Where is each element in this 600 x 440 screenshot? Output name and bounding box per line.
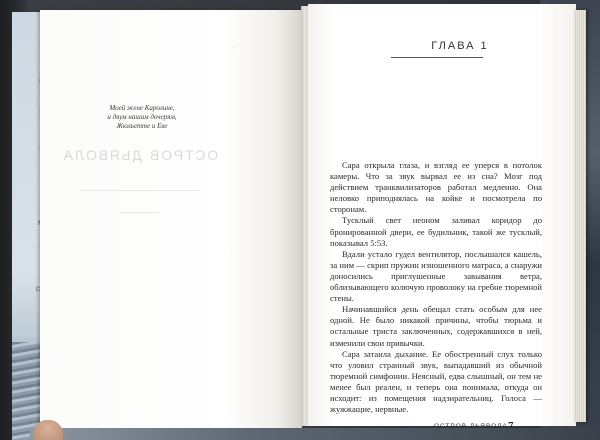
bleed-through-title: ОСТРОВ ДЬЯВОЛА: [50, 147, 230, 163]
bleed-through-rule: [80, 190, 200, 191]
bottom-cover-edge: [30, 428, 600, 440]
left-page: [40, 10, 302, 428]
thumb: [33, 420, 63, 440]
bleed-through-mark: ◦: [233, 42, 236, 52]
chapter-body: Сара открыла глаза, и взгляд ее уперся в…: [330, 160, 542, 415]
dedication-line: и двум нашим дочерям,: [82, 113, 202, 122]
dedication-line: Моей жене Каролине,: [82, 104, 202, 113]
paragraph: Сара затаила дыхание. Ее обостренный слу…: [330, 349, 542, 416]
bleed-through-rule: [120, 212, 160, 213]
paragraph: Сара открыла глаза, и взгляд ее уперся в…: [330, 160, 542, 215]
dedication-line: Жюльетте и Еве: [82, 122, 202, 131]
paragraph: Вдали устало гудел вентилятор, послышалс…: [330, 249, 542, 304]
paragraph: Тусклый свет неоном заливал коридор до б…: [330, 215, 542, 248]
dedication: Моей жене Каролине, и двум нашим дочерям…: [82, 104, 202, 131]
page-edges: [574, 10, 586, 422]
chapter-rule: [391, 57, 483, 58]
chapter-title: ГЛАВА 1: [380, 40, 540, 52]
paragraph: Начинавшийся день обещал стать особым дл…: [330, 304, 542, 348]
